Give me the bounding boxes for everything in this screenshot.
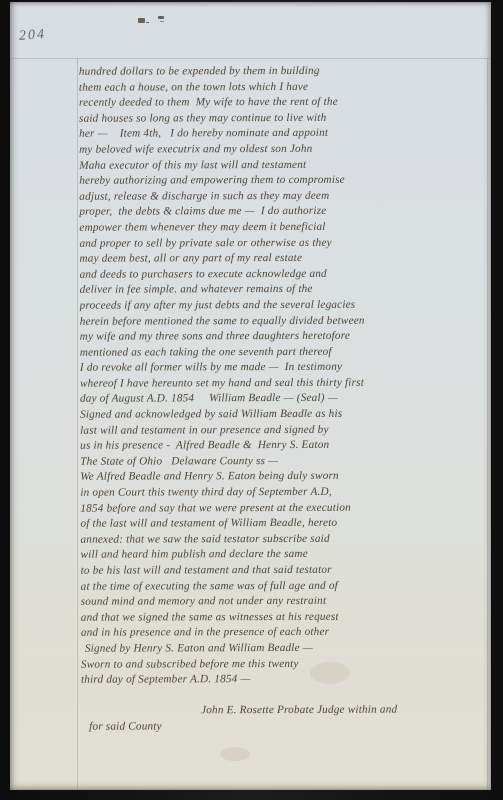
manuscript-line: The State of Ohio Delaware County ss — (80, 453, 485, 470)
manuscript-line: last will and testament in our presence … (80, 422, 485, 439)
manuscript-line: adjust, release & discharge in such as t… (79, 188, 484, 205)
manuscript-line: said houses so long as they may continue… (79, 110, 484, 127)
manuscript-line: may deem best, all or any part of my rea… (79, 250, 484, 267)
manuscript-line: empower them whenever they may deem it b… (79, 219, 484, 236)
manuscript-line: and that we signed the same as witnesses… (81, 609, 486, 626)
scanned-document: 204 hundred dollars to be expended by th… (0, 0, 503, 800)
manuscript-line: recently deeded to them My wife to have … (79, 94, 484, 111)
manuscript-line: whereof I have hereunto set my hand and … (80, 375, 485, 392)
manuscript-line (81, 687, 486, 704)
manuscript-line: sound mind and memory and not under any … (81, 593, 486, 610)
manuscript-line: I do revoke all former wills by me made … (80, 360, 485, 377)
manuscript-line: mentioned as each taking the one seventh… (80, 344, 485, 361)
manuscript-line: hundred dollars to be expended by them i… (79, 63, 484, 80)
manuscript-line: proceeds if any after my just debts and … (80, 297, 485, 314)
manuscript-line: and proper to sell by private sale or ot… (79, 235, 484, 252)
ruled-top-line (10, 58, 491, 59)
manuscript-line: my beloved wife executrix and my oldest … (79, 141, 484, 158)
manuscript-line: Signed by Henry S. Eaton and William Bea… (81, 640, 486, 657)
handwritten-text-block: hundred dollars to be expended by them i… (79, 63, 486, 735)
manuscript-line: We Alfred Beadle and Henry S. Eaton bein… (80, 469, 485, 486)
right-page-edge (487, 58, 488, 790)
manuscript-line: annexed: that we saw the said testator s… (80, 531, 485, 548)
manuscript-line: Maha executor of this my last will and t… (79, 157, 484, 174)
manuscript-line: my wife and my three sons and three daug… (80, 328, 485, 345)
manuscript-line: to be his last will and testament and th… (81, 562, 486, 579)
manuscript-line: herein before mentioned the same to equa… (80, 313, 485, 330)
manuscript-line: hereby authorizing and empowering them t… (79, 172, 484, 189)
manuscript-line: and in his presence and in the presence … (81, 625, 486, 642)
manuscript-line: us in his presence - Alfred Beadle & Hen… (80, 438, 485, 455)
left-margin-rule (77, 58, 78, 790)
manuscript-line: Signed and acknowledged by said William … (80, 406, 485, 423)
manuscript-line: for said County (81, 718, 486, 735)
manuscript-line: John E. Rosette Probate Judge within and (81, 703, 486, 720)
manuscript-line: will and heard him publish and declare t… (81, 547, 486, 564)
ink-smudge (138, 18, 145, 23)
manuscript-line: and deeds to purchasers to execute ackno… (80, 266, 485, 283)
manuscript-line: deliver in fee simple. and whatever rema… (80, 282, 485, 299)
manuscript-line: in open Court this twenty third day of S… (80, 484, 485, 501)
page-number: 204 (18, 27, 46, 45)
manuscript-line: Sworn to and subscribed before me this t… (81, 656, 486, 673)
manuscript-line: proper, the debts & claims due me — I do… (79, 204, 484, 221)
manuscript-line: them each a house, on the town lots whic… (79, 79, 484, 96)
manuscript-line: at the time of executing the same was of… (81, 578, 486, 595)
manuscript-line: third day of September A.D. 1854 — (81, 671, 486, 688)
manuscript-line: day of August A.D. 1854 William Beadle —… (80, 391, 485, 408)
ink-smudge (158, 16, 164, 19)
manuscript-line: her — Item 4th, I do hereby nominate and… (79, 126, 484, 143)
manuscript-line: of the last will and testament of Willia… (80, 516, 485, 533)
manuscript-line: 1854 before and say that we were present… (80, 500, 485, 517)
paper-stain (220, 747, 250, 761)
ledger-page: 204 hundred dollars to be expended by th… (10, 2, 491, 790)
